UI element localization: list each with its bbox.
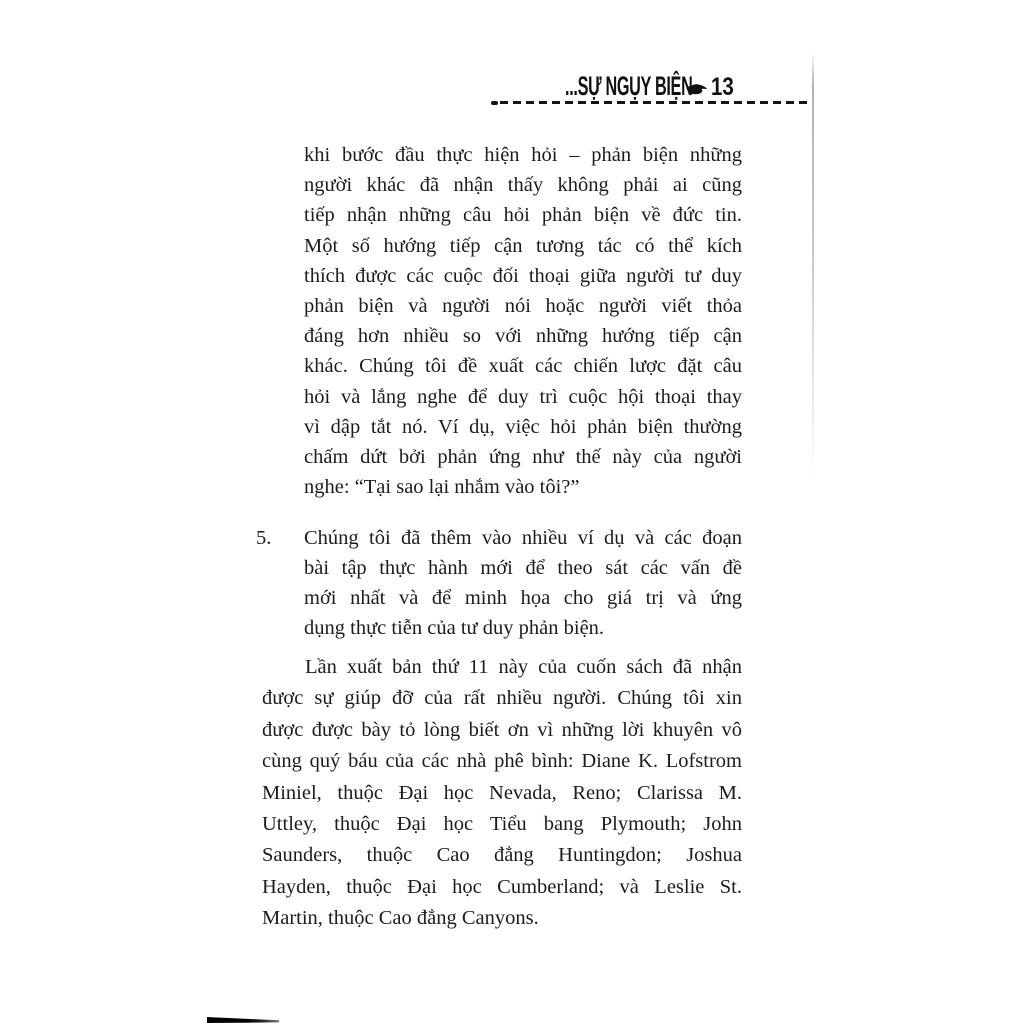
text-line: chấm dứt bởi phản ứng như thế này của ng… xyxy=(304,442,742,472)
text-line: hỏi và lắng nghe để duy trì cuộc hội tho… xyxy=(304,382,742,412)
text-line: tiếp nhận những câu hỏi phản biện về đức… xyxy=(304,200,742,230)
text-line: vì dập tắt nó. Ví dụ, việc hỏi phản biện… xyxy=(304,412,742,442)
text-line: được sự giúp đỡ của rất nhiều người. Chú… xyxy=(262,683,742,714)
leaf-swash-icon xyxy=(686,82,708,96)
page-number: 13 xyxy=(711,75,734,99)
text-line: khi bước đầu thực hiện hỏi – phản biện n… xyxy=(304,140,742,170)
text-line: khác. Chúng tôi đề xuất các chiến lược đ… xyxy=(304,351,742,381)
text-line: Martin, thuộc Cao đẳng Canyons. xyxy=(262,903,742,934)
text-line: Chúng tôi đã thêm vào nhiều ví dụ và các… xyxy=(304,523,742,553)
text-line: Miniel, thuộc Đại học Nevada, Reno; Clar… xyxy=(262,778,742,809)
book-page: ...SỰ NGỤY BIỆN 13 khi bước đầu thực hiệ… xyxy=(0,0,1024,1024)
text-line: Uttley, thuộc Đại học Tiểu bang Plymouth… xyxy=(262,809,742,840)
text-line: bài tập thực hành mới để theo sát các vấ… xyxy=(304,553,742,583)
text-line: Saunders, thuộc Cao đẳng Huntingdon; Jos… xyxy=(262,840,742,871)
paragraph-item5: Chúng tôi đã thêm vào nhiều ví dụ và các… xyxy=(304,523,742,643)
text-line: người khác đã nhận thấy không phải ai cũ… xyxy=(304,170,742,200)
header-dashed-rule xyxy=(500,101,808,104)
paragraph-item4-continuation: khi bước đầu thực hiện hỏi – phản biện n… xyxy=(304,140,742,502)
text-line: được được bày tỏ lòng biết ơn vì những l… xyxy=(262,715,742,746)
text-line: thích được các cuộc đối thoại giữa người… xyxy=(304,261,742,291)
header-rule-dot xyxy=(491,101,498,105)
paragraph-acknowledgments: Lần xuất bản thứ 11 này của cuốn sách đã… xyxy=(262,652,742,935)
list-item-number: 5. xyxy=(256,523,271,553)
text-line: Một số hướng tiếp cận tương tác có thể k… xyxy=(304,231,742,261)
page-edge-shadow xyxy=(812,52,814,482)
text-line: nghe: “Tại sao lại nhắm vào tôi?” xyxy=(304,472,742,502)
text-line: mới nhất và để minh họa cho giá trị và ứ… xyxy=(304,583,742,613)
scan-artifact-wedge xyxy=(207,1017,279,1023)
running-title: ...SỰ NGỤY BIỆN xyxy=(565,74,692,98)
text-line: cùng quý báu của các nhà phê bình: Diane… xyxy=(262,746,742,777)
text-line: phản biện và người nói hoặc người viết t… xyxy=(304,291,742,321)
text-line: dụng thực tiễn của tư duy phản biện. xyxy=(304,613,742,643)
text-line: Hayden, thuộc Đại học Cumberland; và Les… xyxy=(262,872,742,903)
text-line: Lần xuất bản thứ 11 này của cuốn sách đã… xyxy=(262,652,742,683)
text-line: đáng hơn nhiều so với những hướng tiếp c… xyxy=(304,321,742,351)
